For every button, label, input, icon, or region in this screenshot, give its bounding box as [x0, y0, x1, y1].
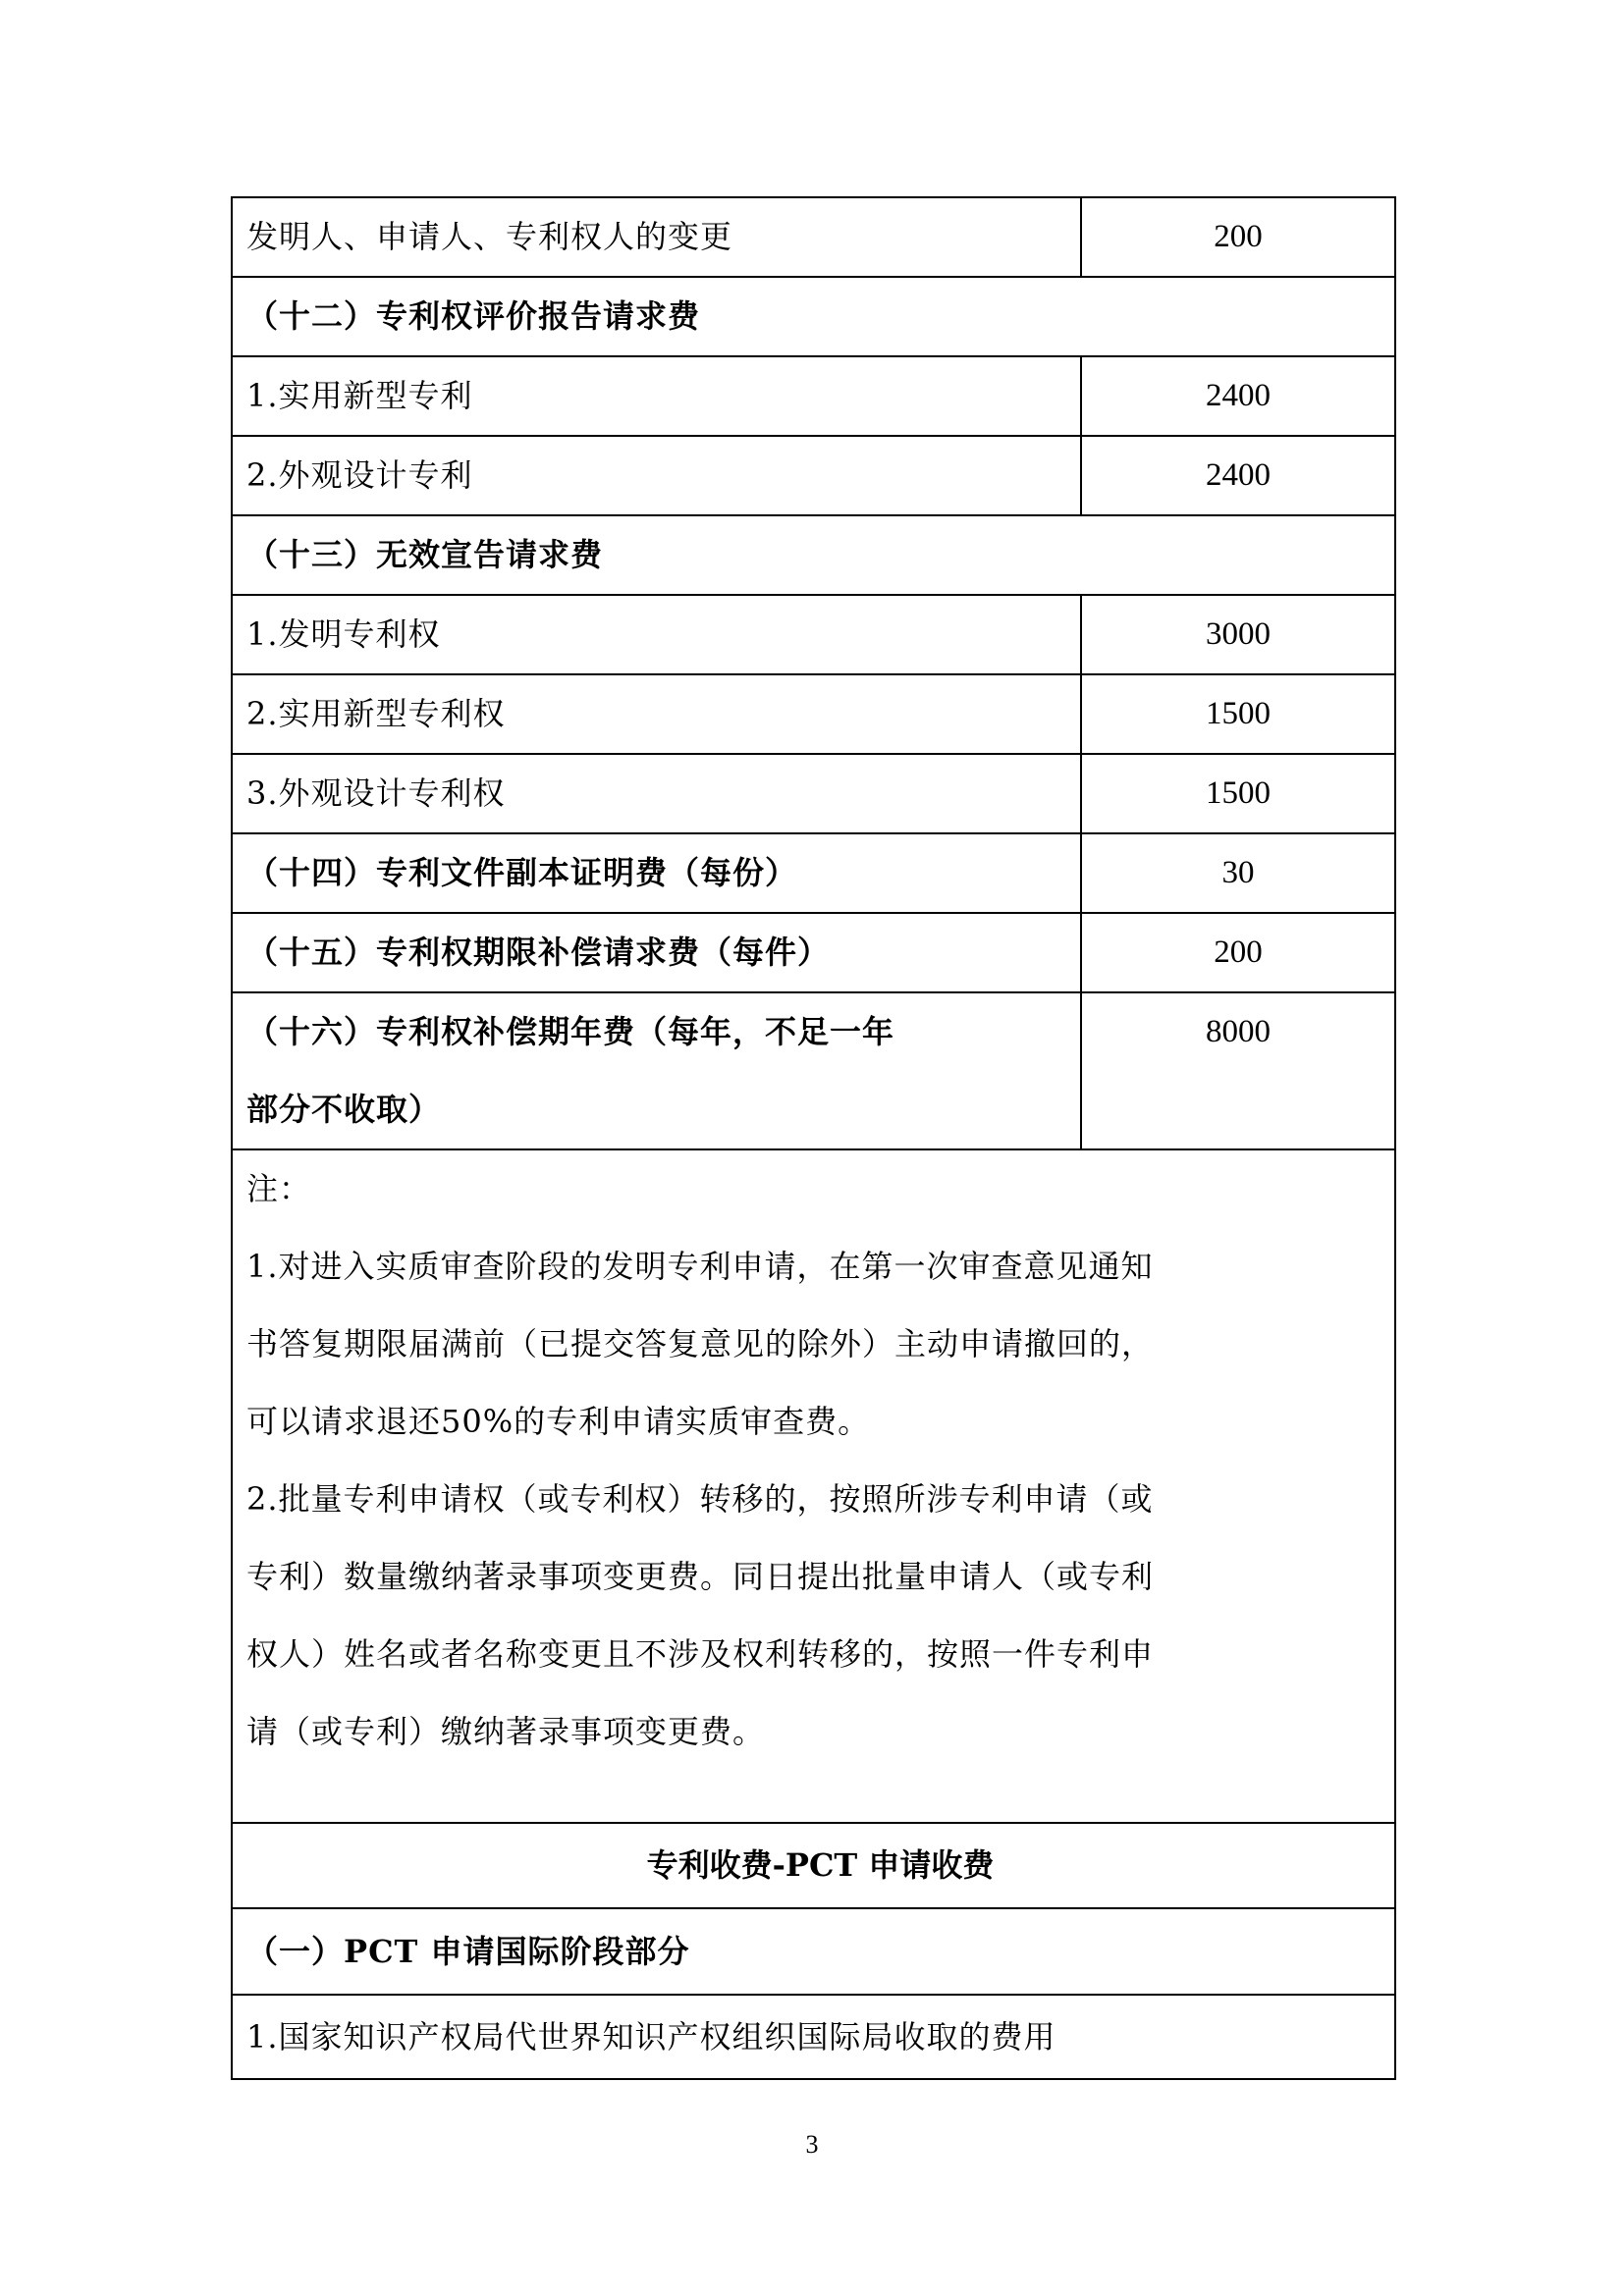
fee-amount: 30 — [1081, 833, 1395, 913]
note-title: 注： — [246, 1150, 1394, 1228]
table-row: 1.国家知识产权局代世界知识产权组织国际局收取的费用 — [232, 1995, 1395, 2079]
table-row: 1.实用新型专利 2400 — [232, 356, 1395, 436]
fee-label: （十五）专利权期限补偿请求费（每件） — [232, 913, 1081, 992]
fee-label: 1.实用新型专利 — [232, 356, 1081, 436]
fee-label: 3.外观设计专利权 — [232, 754, 1081, 833]
fee-label: 2.外观设计专利 — [232, 436, 1081, 515]
fee-amount: 8000 — [1081, 992, 1395, 1149]
table-row: 2.外观设计专利 2400 — [232, 436, 1395, 515]
section-row: （十三）无效宣告请求费 — [232, 515, 1395, 595]
section-row: （一）PCT 申请国际阶段部分 — [232, 1908, 1395, 1995]
fee-label: 2.实用新型专利权 — [232, 674, 1081, 754]
fee-amount: 3000 — [1081, 595, 1395, 674]
note-line: 权人）姓名或者名称变更且不涉及权利转移的，按照一件专利申 — [246, 1616, 1394, 1693]
table-row: （十四）专利文件副本证明费（每份） 30 — [232, 833, 1395, 913]
fee-table: 发明人、申请人、专利权人的变更 200 （十二）专利权评价报告请求费 1.实用新… — [231, 196, 1396, 2080]
fee-amount: 200 — [1081, 913, 1395, 992]
section-heading: （一）PCT 申请国际阶段部分 — [232, 1908, 1395, 1995]
note-line: 可以请求退还50%的专利申请实质审查费。 — [246, 1383, 1394, 1461]
table-row: 发明人、申请人、专利权人的变更 200 — [232, 197, 1395, 277]
note-line: 专利）数量缴纳著录事项变更费。同日提出批量申请人（或专利 — [246, 1538, 1394, 1616]
fee-amount: 200 — [1081, 197, 1395, 277]
table-row: 3.外观设计专利权 1500 — [232, 754, 1395, 833]
table-row: （十五）专利权期限补偿请求费（每件） 200 — [232, 913, 1395, 992]
fee-amount: 1500 — [1081, 674, 1395, 754]
page-number: 3 — [0, 2130, 1624, 2160]
section-heading: （十二）专利权评价报告请求费 — [232, 277, 1395, 356]
table-row: 2.实用新型专利权 1500 — [232, 674, 1395, 754]
note-line: 1.对进入实质审查阶段的发明专利申请，在第一次审查意见通知 — [246, 1228, 1394, 1306]
table-row: 1.发明专利权 3000 — [232, 595, 1395, 674]
fee-label-line: （十六）专利权补偿期年费（每年，不足一年 — [246, 993, 1080, 1071]
fee-label: 1.发明专利权 — [232, 595, 1081, 674]
fee-label: （十六）专利权补偿期年费（每年，不足一年 部分不收取） — [232, 992, 1081, 1149]
fee-amount: 2400 — [1081, 436, 1395, 515]
fee-label: 发明人、申请人、专利权人的变更 — [232, 197, 1081, 277]
note-row: 注： 1.对进入实质审查阶段的发明专利申请，在第一次审查意见通知 书答复期限届满… — [232, 1149, 1395, 1823]
document-page: 发明人、申请人、专利权人的变更 200 （十二）专利权评价报告请求费 1.实用新… — [0, 0, 1624, 2296]
fee-label: 1.国家知识产权局代世界知识产权组织国际局收取的费用 — [232, 1995, 1395, 2079]
note-line: 书答复期限届满前（已提交答复意见的除外）主动申请撤回的， — [246, 1306, 1394, 1383]
section-row: （十二）专利权评价报告请求费 — [232, 277, 1395, 356]
fee-amount: 1500 — [1081, 754, 1395, 833]
note-line: 2.批量专利申请权（或专利权）转移的，按照所涉专利申请（或 — [246, 1461, 1394, 1538]
fee-label: （十四）专利文件副本证明费（每份） — [232, 833, 1081, 913]
pct-heading-row: 专利收费-PCT 申请收费 — [232, 1823, 1395, 1908]
note-cell: 注： 1.对进入实质审查阶段的发明专利申请，在第一次审查意见通知 书答复期限届满… — [232, 1149, 1395, 1823]
note-line: 请（或专利）缴纳著录事项变更费。 — [246, 1693, 1394, 1771]
fee-amount: 2400 — [1081, 356, 1395, 436]
pct-heading: 专利收费-PCT 申请收费 — [232, 1823, 1395, 1908]
fee-label-line: 部分不收取） — [246, 1071, 1080, 1148]
section-heading: （十三）无效宣告请求费 — [232, 515, 1395, 595]
table-row: （十六）专利权补偿期年费（每年，不足一年 部分不收取） 8000 — [232, 992, 1395, 1149]
